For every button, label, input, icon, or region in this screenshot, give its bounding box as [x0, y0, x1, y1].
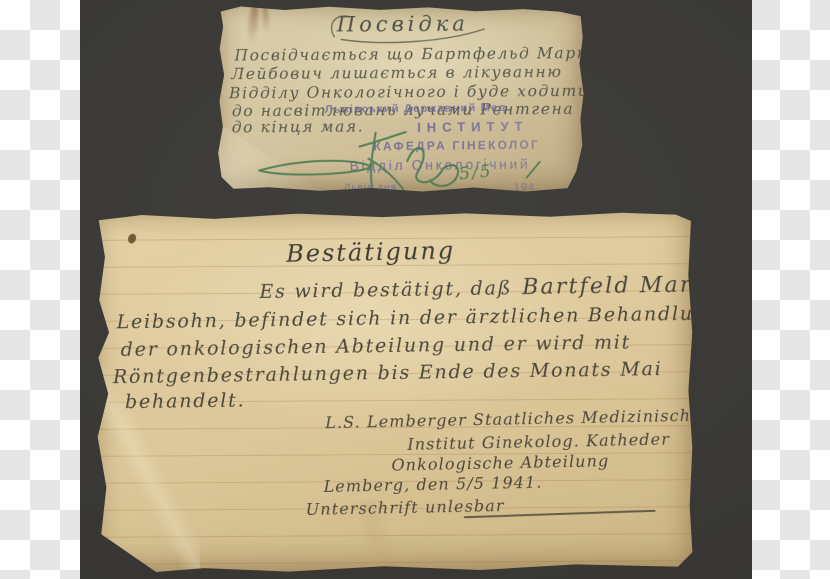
handwritten-line: Leibsohn, befindet sich in der ärztliche…	[116, 302, 722, 333]
signature-block-line: Institut Ginekolog. Katheder	[407, 429, 670, 453]
signature-block-line: Onkologische Abteilung	[391, 451, 609, 474]
photo-backdrop: Посвідка Посвідчається що Бартфельд Марк…	[80, 0, 752, 579]
signature-flourish	[255, 124, 491, 196]
handwritten-line: Лейбович лишається в лікуванню	[231, 63, 562, 83]
transparency-checkerboard: Посвідка Посвідчається що Бартфельд Марк…	[0, 0, 830, 579]
stamp-line-institution: Львівський Державний Мед	[325, 102, 507, 116]
paper-stain	[262, 4, 270, 34]
patient-name: Bartfeld Markus,	[522, 272, 747, 300]
title-flourish	[323, 9, 498, 45]
signature-block-line: L.S. Lemberger Staatliches Medizinisches	[325, 405, 711, 432]
paper-stain	[247, 2, 260, 45]
confirmation-title: Bestätigung	[286, 236, 456, 267]
line-intro: Es wird bestätigt, daß	[259, 277, 512, 303]
handwritten-line: Посвідчається що Бартфельд Маркус	[234, 44, 608, 65]
handwritten-line: behandelt.	[125, 389, 246, 413]
ukrainian-certificate-paper: Посвідка Посвідчається що Бартфельд Марк…	[217, 4, 586, 194]
ink-dot	[127, 233, 138, 245]
german-confirmation-paper: Bestätigung Es wird bestätigt, daßBartfe…	[94, 210, 696, 574]
handwritten-line: der onkologischen Abteilung und er wird …	[121, 331, 632, 361]
handwritten-line: Es wird bestätigt, daßBartfeld Markus,	[259, 272, 747, 304]
